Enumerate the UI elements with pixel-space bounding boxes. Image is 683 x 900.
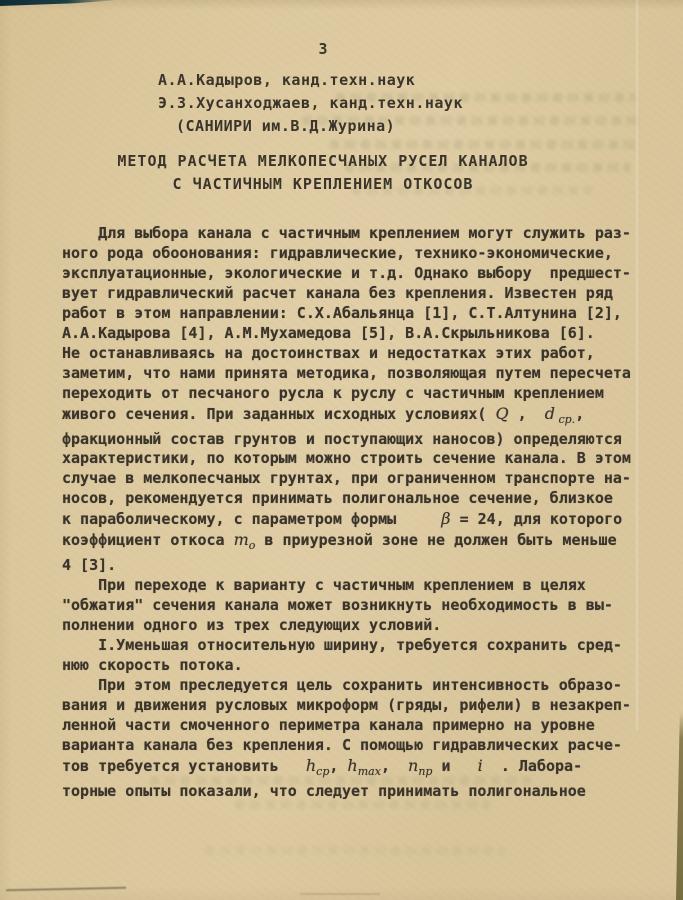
scan-edge-artifact	[0, 0, 120, 6]
text-line: вания и движения русловых микроформ (гря…	[62, 696, 637, 716]
text-run: . Лабора-	[483, 757, 582, 775]
author-block: А.А.Кадыров, канд.техн.наукЭ.З.Хусанходж…	[158, 69, 463, 115]
text-line: характеристики, по которым можно строить…	[62, 449, 637, 469]
text-run: ,	[329, 757, 347, 775]
math-subscript: max	[358, 765, 381, 778]
text-line: случае в мелкопесчаных грунтах, при огра…	[62, 469, 637, 489]
title-line: МЕТОД РАСЧЕТА МЕЛКОПЕСЧАНЫХ РУСЕЛ КАНАЛО…	[0, 150, 646, 173]
math-variable: Q	[495, 404, 508, 423]
text-run: ,	[575, 405, 584, 423]
math-subscript: ср	[316, 765, 329, 778]
math-variable: h	[347, 756, 357, 775]
page-edge-shadow	[676, 712, 683, 900]
text-line: фракционный состав грунтов и поступающих…	[62, 430, 637, 450]
text-line: живого сечения. При заданных исходных ус…	[62, 404, 637, 430]
page-number: 3	[0, 40, 646, 58]
text-line: полнении одного из трех следующих услови…	[62, 616, 637, 636]
text-line: тов требуется установить hср, hmax, nпр …	[62, 756, 637, 782]
text-run: ,	[381, 757, 408, 775]
text-line: к параболическому, с параметром формы β …	[62, 509, 637, 530]
text-line: При переходе к варианту с частичным креп…	[62, 576, 637, 596]
text-line: "обжатия" сечения канала может возникнут…	[62, 596, 637, 616]
math-subscript: пр	[418, 765, 432, 778]
text-line: носов, рекомендуется принимать полигонал…	[62, 489, 637, 509]
text-run: к параболическому, с параметром формы	[62, 510, 441, 528]
math-variable: d	[545, 404, 555, 423]
text-line: При этом преследуется цель сохранить инт…	[62, 676, 637, 696]
bleed-through-ghost	[330, 140, 635, 149]
text-line: переходить от песчаного русла к руслу с …	[62, 384, 637, 404]
text-line: работ в этом направлении: С.Х.Абальянца …	[62, 304, 637, 324]
scan-scratch	[6, 887, 126, 892]
scanned-paper-page: 3 А.А.Кадыров, канд.техн.наукЭ.З.Хусанхо…	[0, 0, 683, 900]
text-line: эксплуатационные, экологические и т.д. О…	[62, 264, 637, 284]
text-line: ного рода обоонования: гидравлические, т…	[62, 244, 637, 264]
author-line: А.А.Кадыров, канд.техн.наук	[158, 69, 463, 92]
text-line: заметим, что нами принята методика, позв…	[62, 364, 637, 384]
text-run: тов требуется установить	[62, 757, 306, 775]
text-line: коэффициент откоса mо в приурезной зоне …	[62, 530, 637, 556]
text-run: коэффициент откоса	[62, 531, 234, 549]
text-line: торные опыты показали, что следует прини…	[62, 782, 637, 802]
math-variable: h	[306, 756, 316, 775]
scan-scratch	[300, 893, 380, 895]
bleed-through-ghost	[205, 846, 505, 855]
body-text: Для выбора канала с частичным креплением…	[62, 224, 637, 802]
text-run: и	[432, 757, 477, 775]
text-line: нюю скорость потока.	[62, 656, 637, 676]
math-subscript: ср.	[555, 413, 575, 426]
text-line: вует гидравлический расчет канала без кр…	[62, 284, 637, 304]
text-line: I.Уменьшая относительную ширину, требует…	[62, 636, 637, 656]
math-variable: β	[441, 509, 450, 528]
text-run: = 24, для которого	[451, 510, 623, 528]
text-run: в приурезной зоне не должен быть меньше	[255, 531, 616, 549]
author-line: Э.З.Хусанходжаев, канд.техн.наук	[158, 92, 463, 115]
text-line: А.А.Кадырова [4], А.М.Мухамедова [5], В.…	[62, 324, 637, 344]
text-line: Для выбора канала с частичным креплением…	[62, 224, 637, 244]
text-line: 4 [3].	[62, 556, 637, 576]
paper-title: МЕТОД РАСЧЕТА МЕЛКОПЕСЧАНЫХ РУСЕЛ КАНАЛО…	[0, 150, 646, 196]
text-run: ,	[509, 405, 545, 423]
text-run: живого сечения. При заданных исходных ус…	[62, 405, 495, 423]
math-variable: m	[234, 530, 249, 549]
text-line: варианта канала без крепления. С помощью…	[62, 736, 637, 756]
text-line: Не останавливаясь на достоинствах и недо…	[62, 344, 637, 364]
text-line: ленной части смоченного периметра канала…	[62, 716, 637, 736]
math-variable: n	[408, 756, 418, 775]
title-line: С ЧАСТИЧНЫМ КРЕПЛЕНИЕМ ОТКОСОВ	[0, 173, 646, 196]
affiliation: (САНИИРИ им.В.Д.Журина)	[176, 115, 395, 138]
